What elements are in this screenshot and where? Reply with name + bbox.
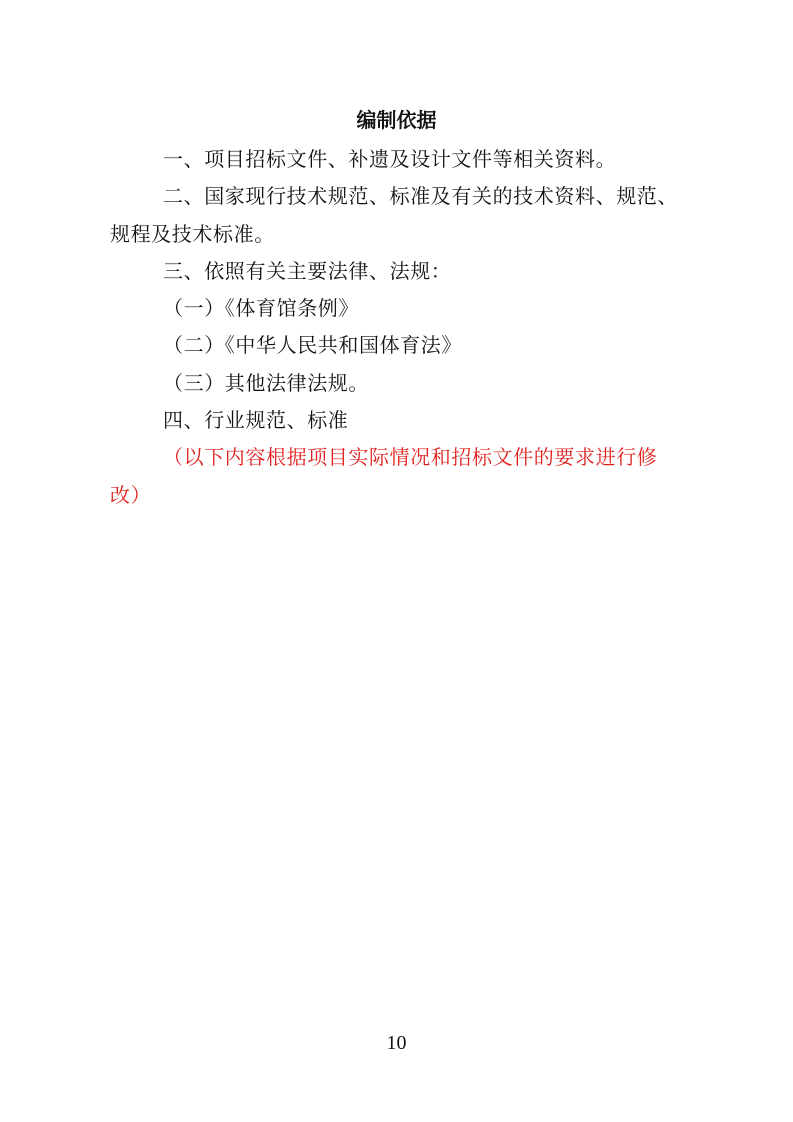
paragraph-national-standards: 二、国家现行技术规范、标准及有关的技术资料、规范、规程及技术标准。	[110, 178, 685, 253]
list-item-other-laws: （三）其他法律法规。	[110, 365, 685, 402]
list-item-sports-law: （二）《中华人民共和国体育法》	[110, 327, 685, 364]
document-body: 一、项目招标文件、补遗及设计文件等相关资料。 二、国家现行技术规范、标准及有关的…	[110, 141, 685, 514]
document-page: 编制依据 一、项目招标文件、补遗及设计文件等相关资料。 二、国家现行技术规范、标…	[0, 0, 793, 1122]
paragraph-laws-regulations: 三、依照有关主要法律、法规：	[110, 253, 685, 290]
editing-note: （以下内容根据项目实际情况和招标文件的要求进行修改）	[110, 439, 685, 514]
list-item-gymnasium-regulation: （一）《体育馆条例》	[110, 290, 685, 327]
page-number: 10	[0, 1030, 793, 1056]
paragraph-project-documents: 一、项目招标文件、补遗及设计文件等相关资料。	[110, 141, 685, 178]
paragraph-industry-standards: 四、行业规范、标准	[110, 402, 685, 439]
page-title: 编制依据	[0, 106, 793, 134]
